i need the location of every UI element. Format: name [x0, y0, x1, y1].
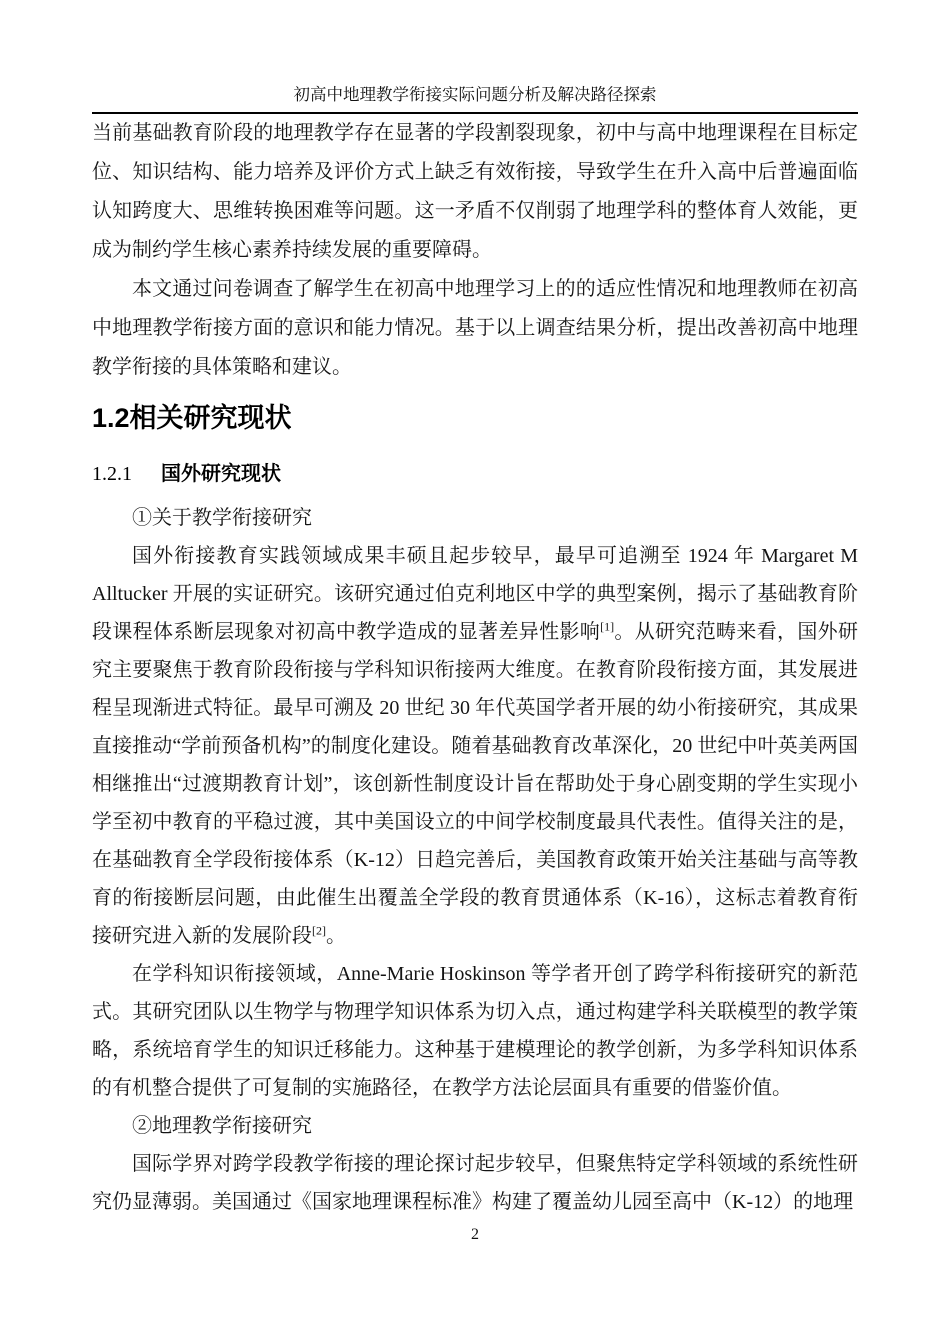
paragraph-international-geography-research: 国际学界对跨学段教学衔接的理论探讨起步较早，但聚焦特定学科领域的系统性研究仍显薄…	[92, 1145, 858, 1221]
paragraph-study-overview: 本文通过问卷调查了解学生在初高中地理学习上的的适应性情况和地理教师在初高中地理教…	[92, 270, 858, 387]
running-header: 初高中地理教学衔接实际问题分析及解决路径探索	[92, 0, 858, 114]
list-item-teaching-connection-research: ①关于教学衔接研究	[92, 499, 858, 537]
subsection-label: 国外研究现状	[161, 463, 281, 485]
page-number: 2	[0, 1226, 950, 1244]
paragraph-foreign-connection-history: 国外衔接教育实践领域成果丰硕且起步较早，最早可追溯至 1924 年 Margar…	[92, 537, 858, 955]
paragraph-subject-knowledge-connection: 在学科知识衔接领域，Anne-Marie Hoskinson 等学者开创了跨学科…	[92, 955, 858, 1107]
list-item-geography-connection-research: ②地理教学衔接研究	[92, 1107, 858, 1145]
document-page: 初高中地理教学衔接实际问题分析及解决路径探索 当前基础教育阶段的地理教学存在显著…	[0, 0, 950, 1344]
paragraph-problem-statement: 当前基础教育阶段的地理教学存在显著的学段割裂现象，初中与高中地理课程在目标定位、…	[92, 114, 858, 270]
citation-ref-2: [2]	[312, 923, 326, 937]
citation-ref-1: [1]	[600, 619, 614, 633]
subsection-number: 1.2.1	[92, 463, 132, 485]
paragraph-segment: 。从研究范畴来看，国外研究主要聚焦于教育阶段衔接与学科知识衔接两大维度。在教育阶…	[92, 621, 858, 947]
subsection-body: ①关于教学衔接研究 国外衔接教育实践领域成果丰硕且起步较早，最早可追溯至 192…	[92, 499, 858, 1221]
paragraph-segment: 。	[326, 925, 346, 947]
page-content: 初高中地理教学衔接实际问题分析及解决路径探索 当前基础教育阶段的地理教学存在显著…	[0, 0, 950, 1221]
subsection-heading-foreign-research: 1.2.1 国外研究现状	[92, 462, 858, 487]
section-heading-related-research: 1.2相关研究现状	[92, 401, 858, 435]
running-header-title: 初高中地理教学衔接实际问题分析及解决路径探索	[294, 85, 657, 104]
